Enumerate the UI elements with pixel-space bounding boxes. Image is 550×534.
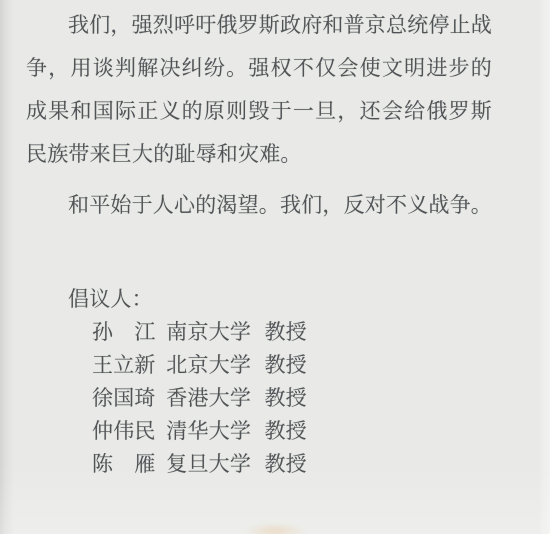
initiator-row: 徐国琦 香港大学 教授 — [92, 382, 492, 415]
initiator-row: 王立新 北京大学 教授 — [92, 349, 492, 382]
right-edge-highlight — [539, 0, 550, 534]
initiator-name: 陈 雁 — [92, 448, 156, 481]
initiator-affiliation: 北京大学 — [166, 354, 251, 377]
paragraph-appeal: 我们，强烈呼吁俄罗斯政府和普京总统停止战争，用谈判解决纠纷。强权不仅会使文明进步… — [26, 4, 492, 176]
initiator-row: 孙 江 南京大学 教授 — [92, 316, 492, 349]
bottom-smudge-artifact — [243, 523, 307, 534]
left-edge-shadow — [0, 0, 14, 534]
initiator-name: 徐国琦 — [92, 382, 156, 415]
signature-block: 倡议人： 孙 江 南京大学 教授 王立新 北京大学 教授 徐国琦 香港大学 教授 — [26, 283, 492, 481]
initiator-title: 教授 — [264, 354, 306, 377]
initiator-name: 王立新 — [92, 349, 156, 382]
initiator-affiliation: 南京大学 — [166, 321, 251, 344]
document-page: 我们，强烈呼吁俄罗斯政府和普京总统停止战争，用谈判解决纠纷。强权不仅会使文明进步… — [0, 0, 550, 534]
initiator-row: 仲伟民 清华大学 教授 — [92, 415, 492, 448]
initiator-name: 孙 江 — [92, 316, 156, 349]
initiator-list: 孙 江 南京大学 教授 王立新 北京大学 教授 徐国琦 香港大学 教授 仲伟民 … — [26, 316, 492, 481]
letter-text-block: 我们，强烈呼吁俄罗斯政府和普京总统停止战争，用谈判解决纠纷。强权不仅会使文明进步… — [26, 4, 492, 481]
initiator-affiliation: 复旦大学 — [166, 453, 251, 476]
initiator-title: 教授 — [264, 321, 306, 344]
initiator-name: 仲伟民 — [92, 415, 156, 448]
initiator-affiliation: 清华大学 — [166, 420, 251, 443]
initiator-title: 教授 — [264, 453, 306, 476]
initiator-row: 陈 雁 复旦大学 教授 — [92, 448, 492, 481]
initiators-label: 倡议人： — [26, 283, 492, 316]
initiator-title: 教授 — [264, 387, 306, 410]
initiator-affiliation: 香港大学 — [166, 387, 251, 410]
initiator-title: 教授 — [264, 420, 306, 443]
paragraph-peace: 和平始于人心的渴望。我们，反对不义战争。 — [26, 184, 492, 227]
